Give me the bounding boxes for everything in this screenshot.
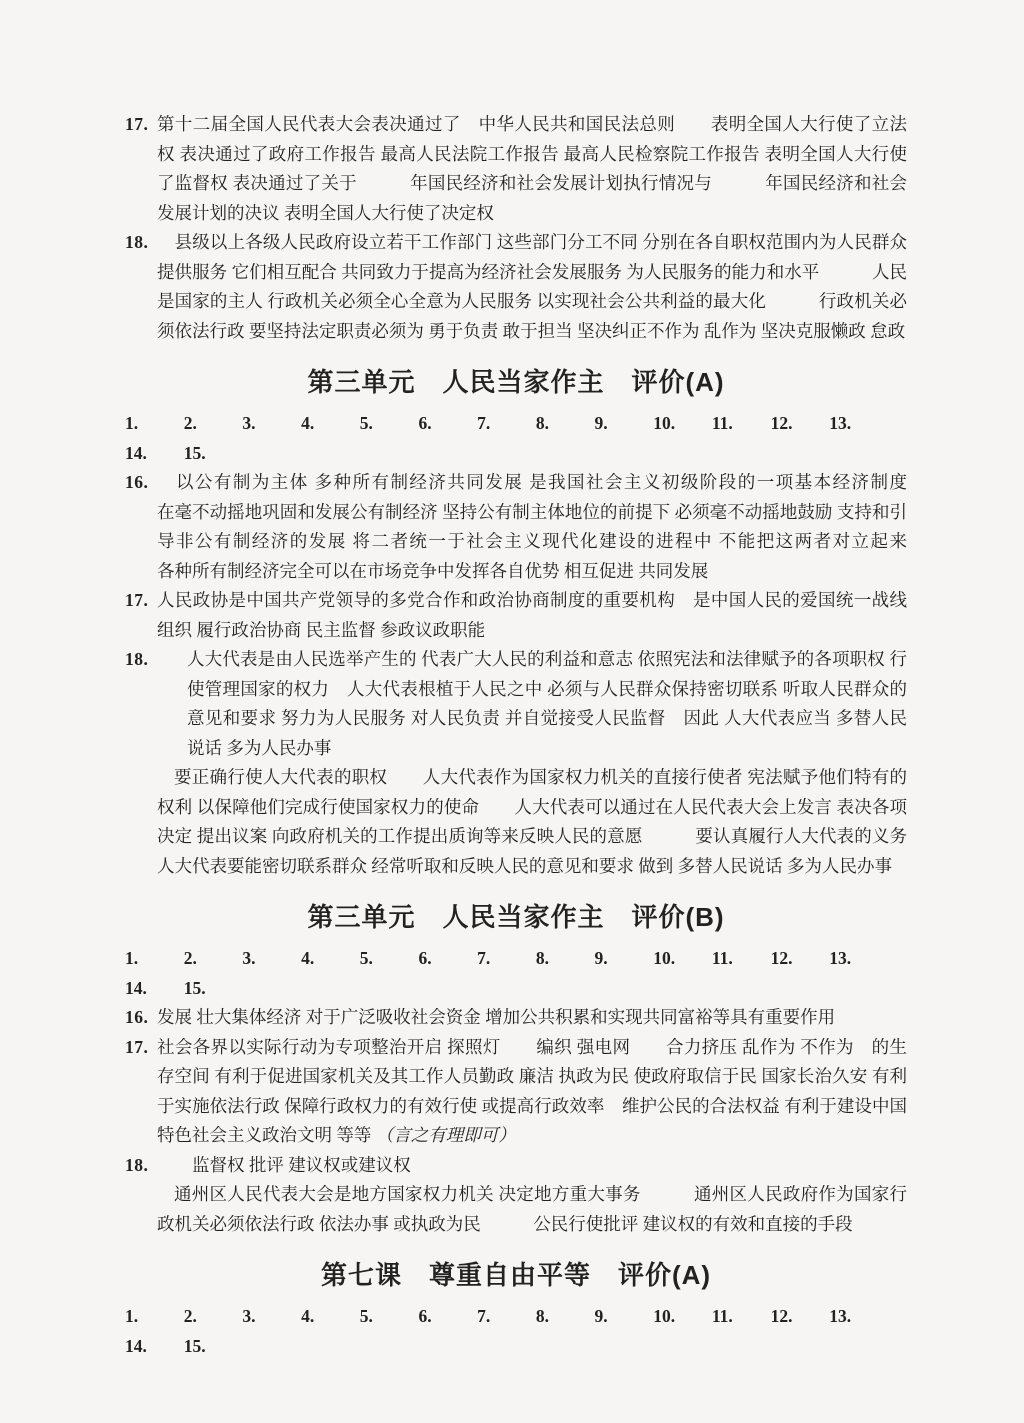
answer-number: 3. [242,1302,301,1332]
item-number: 16. [125,468,157,498]
answer-number: 8. [536,944,595,974]
item-paragraph: 社会各界以实际行动为专项整治开启 探照灯 编织 强电网 合力挤压 乱作为 不作为… [157,1033,907,1151]
answer-number: 7. [477,409,536,439]
item-number: 18. [125,228,157,258]
item-paragraph: 监督权 批评 建议权或建议权 [157,1151,907,1181]
answer-number: 2. [184,409,243,439]
item-paragraph: 第十二届全国人民代表大会表决通过了 中华人民共和国民法总则 表明全国人大行使了立… [157,110,907,228]
answer-number: 4. [301,944,360,974]
answer-number: 5. [360,944,419,974]
item-paragraph: 发展 壮大集体经济 对于广泛吸收社会资金 增加公共积累和实现共同富裕等具有重要作… [157,1003,907,1033]
item-body: 以公有制为主体 多种所有制经济共同发展 是我国社会主义初级阶段的一项基本经济制度… [157,468,907,586]
item-text: 社会各界以实际行动为专项整治开启 探照灯 编织 强电网 合力挤压 乱作为 不作为… [157,1037,907,1146]
answer-item: 16. 发展 壮大集体经济 对于广泛吸收社会资金 增加公共积累和实现共同富裕等具… [125,1003,907,1033]
answer-numbers-row: 1.2.3.4.5.6.7.8.9.10.11.12.13. [125,944,907,974]
answer-numbers-row: 14.15. [125,974,907,1004]
answer-key-page: 17. 第十二届全国人民代表大会表决通过了 中华人民共和国民法总则 表明全国人大… [0,0,1024,1423]
answer-number: 2. [184,944,243,974]
answer-number: 9. [595,944,654,974]
answer-number: 2. [184,1302,243,1332]
answer-number: 15. [184,974,243,1004]
item-number: 17. [125,110,157,140]
answer-number: 6. [418,944,477,974]
item-number: 18. [125,1151,157,1181]
answer-number: 5. [360,1302,419,1332]
item-number: 17. [125,586,157,616]
answer-number: 1. [125,1302,184,1332]
answer-number: 11. [712,1302,771,1332]
answer-number: 12. [771,409,830,439]
item-body: 监督权 批评 建议权或建议权 通州区人民代表大会是地方国家权力机关 决定地方重大… [157,1151,907,1240]
answer-number: 9. [595,409,654,439]
item-paragraph: 通州区人民代表大会是地方国家权力机关 决定地方重大事务 通州区人民政府作为国家行… [157,1180,907,1239]
answer-number: 9. [595,1302,654,1332]
answer-number: 13. [829,409,888,439]
answer-number: 12. [771,944,830,974]
answer-number: 14. [125,974,184,1004]
answer-item: 18. 监督权 批评 建议权或建议权 通州区人民代表大会是地方国家权力机关 决定… [125,1151,907,1240]
answer-number: 11. [712,409,771,439]
item-body: 第十二届全国人民代表大会表决通过了 中华人民共和国民法总则 表明全国人大行使了立… [157,110,907,228]
item-paragraph: 人大代表是由人民选举产生的 代表广大人民的利益和意志 依照宪法和法律赋予的各项职… [187,645,907,763]
answer-number: 7. [477,1302,536,1332]
answer-number: 7. [477,944,536,974]
answer-item: 17. 人民政协是中国共产党领导的多党合作和政治协商制度的重要机构 是中国人民的… [125,586,907,645]
answer-number: 8. [536,1302,595,1332]
answer-numbers-row: 14.15. [125,439,907,469]
answer-number: 13. [829,1302,888,1332]
answer-number: 1. [125,409,184,439]
item-paragraph: 要正确行使人大代表的职权 人大代表作为国家权力机关的直接行使者 宪法赋予他们特有… [157,763,907,881]
answer-number: 3. [242,944,301,974]
item-paragraph: 人民政协是中国共产党领导的多党合作和政治协商制度的重要机构 是中国人民的爱国统一… [157,586,907,645]
answer-number: 4. [301,1302,360,1332]
answer-numbers-row: 1.2.3.4.5.6.7.8.9.10.11.12.13. [125,1302,907,1332]
section-title-unit3-b: 第三单元 人民当家作主 评价(B) [125,899,907,935]
answer-number: 1. [125,944,184,974]
answer-item: 18. 县级以上各级人民政府设立若干工作部门 这些部门分工不同 分别在各自职权范… [125,228,907,346]
answer-number: 10. [653,944,712,974]
answer-number: 12. [771,1302,830,1332]
section-title-unit3-a: 第三单元 人民当家作主 评价(A) [125,364,907,400]
answer-number: 14. [125,439,184,469]
answer-numbers-row: 1.2.3.4.5.6.7.8.9.10.11.12.13. [125,409,907,439]
answer-number: 11. [712,944,771,974]
answer-number: 13. [829,944,888,974]
answer-item: 18. 人大代表是由人民选举产生的 代表广大人民的利益和意志 依照宪法和法律赋予… [125,645,907,881]
item-paragraph: 县级以上各级人民政府设立若干工作部门 这些部门分工不同 分别在各自职权范围内为人… [157,228,907,346]
item-body: 人大代表是由人民选举产生的 代表广大人民的利益和意志 依照宪法和法律赋予的各项职… [157,645,907,881]
item-paragraph: 以公有制为主体 多种所有制经济共同发展 是我国社会主义初级阶段的一项基本经济制度… [157,468,907,586]
item-body: 县级以上各级人民政府设立若干工作部门 这些部门分工不同 分别在各自职权范围内为人… [157,228,907,346]
answer-number: 15. [184,1332,243,1362]
grading-note: （言之有理即可） [376,1125,516,1145]
answer-item: 16. 以公有制为主体 多种所有制经济共同发展 是我国社会主义初级阶段的一项基本… [125,468,907,586]
answer-numbers-row: 14.15. [125,1332,907,1362]
answer-item: 17. 第十二届全国人民代表大会表决通过了 中华人民共和国民法总则 表明全国人大… [125,110,907,228]
item-body: 发展 壮大集体经济 对于广泛吸收社会资金 增加公共积累和实现共同富裕等具有重要作… [157,1003,907,1033]
answer-number: 15. [184,439,243,469]
answer-number: 14. [125,1332,184,1362]
item-number: 17. [125,1033,157,1063]
answer-number: 5. [360,409,419,439]
item-number: 16. [125,1003,157,1033]
answer-number: 10. [653,1302,712,1332]
answer-item: 17. 社会各界以实际行动为专项整治开启 探照灯 编织 强电网 合力挤压 乱作为… [125,1033,907,1151]
section-title-lesson7-a: 第七课 尊重自由平等 评价(A) [125,1257,907,1293]
item-body: 社会各界以实际行动为专项整治开启 探照灯 编织 强电网 合力挤压 乱作为 不作为… [157,1033,907,1151]
item-number: 18. [125,645,157,675]
answer-number: 6. [418,409,477,439]
answer-number: 8. [536,409,595,439]
answer-number: 3. [242,409,301,439]
item-body: 人民政协是中国共产党领导的多党合作和政治协商制度的重要机构 是中国人民的爱国统一… [157,586,907,645]
answer-number: 4. [301,409,360,439]
answer-number: 10. [653,409,712,439]
answer-number: 6. [418,1302,477,1332]
